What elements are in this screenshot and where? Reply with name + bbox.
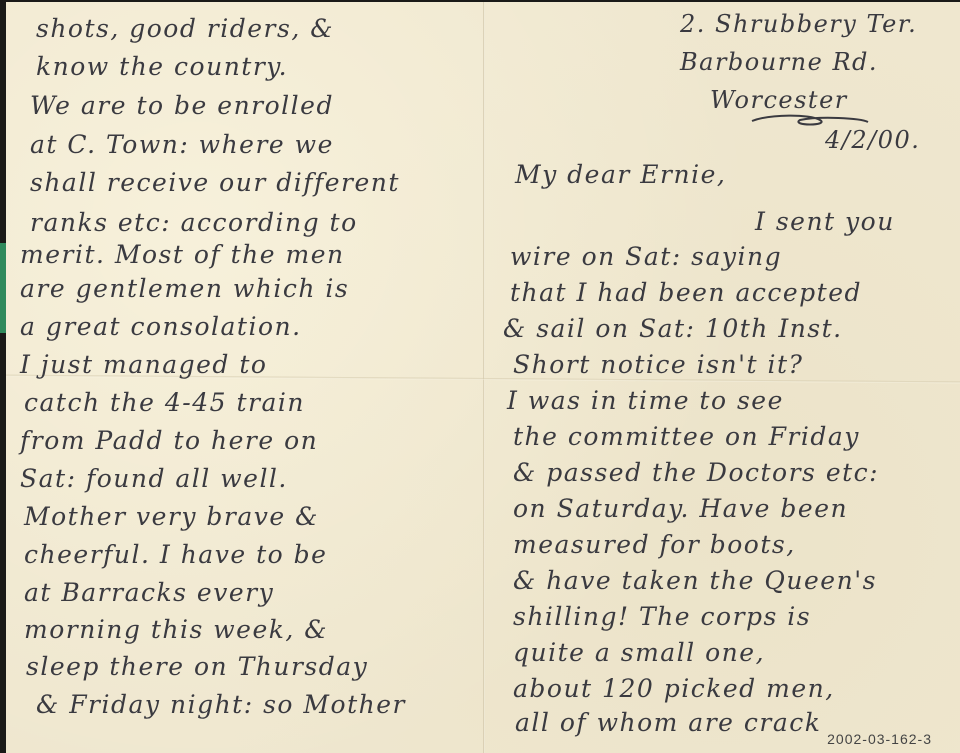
text-line: I was in time to see	[507, 386, 784, 415]
text-line: shots, good riders, &	[36, 14, 334, 43]
text-line: & sail on Sat: 10th Inst.	[503, 314, 843, 343]
edge-tab	[0, 243, 6, 333]
right-page: 2. Shrubbery Ter. Barbourne Rd. Worceste…	[485, 2, 960, 753]
text-line: at Barracks every	[24, 578, 274, 607]
text-line: at C. Town: where we	[30, 130, 334, 159]
text-line: cheerful. I have to be	[24, 540, 327, 569]
text-line: all of whom are crack	[515, 708, 821, 737]
text-line: know the country.	[36, 52, 288, 81]
text-line: shall receive our different	[30, 168, 400, 197]
text-line: that I had been accepted	[510, 278, 862, 307]
text-line: from Padd to here on	[20, 426, 318, 455]
text-line: on Saturday. Have been	[513, 494, 848, 523]
left-page: shots, good riders, & know the country. …	[6, 2, 483, 753]
text-line: & Friday night: so Mother	[36, 690, 406, 719]
letter-sheet: shots, good riders, & know the country. …	[6, 2, 960, 753]
text-line: wire on Sat: saying	[510, 242, 782, 271]
text-line: & passed the Doctors etc:	[513, 458, 879, 487]
text-line: merit. Most of the men	[20, 240, 345, 269]
address-line: Worcester	[710, 86, 848, 114]
text-line: the committee on Friday	[513, 422, 860, 451]
text-line: Short notice isn't it?	[513, 350, 803, 379]
text-line: Sat: found all well.	[20, 464, 288, 493]
text-line: catch the 4-45 train	[24, 388, 305, 417]
text-line: I sent you	[755, 207, 895, 236]
date: 4/2/00.	[825, 126, 920, 154]
salutation: My dear Ernie,	[515, 160, 726, 189]
text-line: I just managed to	[20, 350, 267, 379]
text-line: are gentlemen which is	[20, 274, 349, 303]
text-line: shilling! The corps is	[513, 602, 811, 631]
catalog-number: 2002-03-162-3	[827, 731, 932, 747]
text-line: measured for boots,	[513, 530, 796, 559]
text-line: about 120 picked men,	[513, 674, 835, 703]
text-line: We are to be enrolled	[30, 91, 334, 120]
text-line: a great consolation.	[20, 312, 302, 341]
text-line: morning this week, &	[24, 615, 328, 644]
address-line: Barbourne Rd.	[680, 48, 878, 76]
text-line: Mother very brave &	[24, 502, 319, 531]
text-line: quite a small one,	[513, 638, 765, 667]
address-line: 2. Shrubbery Ter.	[680, 10, 917, 38]
text-line: ranks etc: according to	[30, 208, 358, 237]
text-line: sleep there on Thursday	[26, 652, 368, 681]
text-line: & have taken the Queen's	[513, 566, 877, 595]
